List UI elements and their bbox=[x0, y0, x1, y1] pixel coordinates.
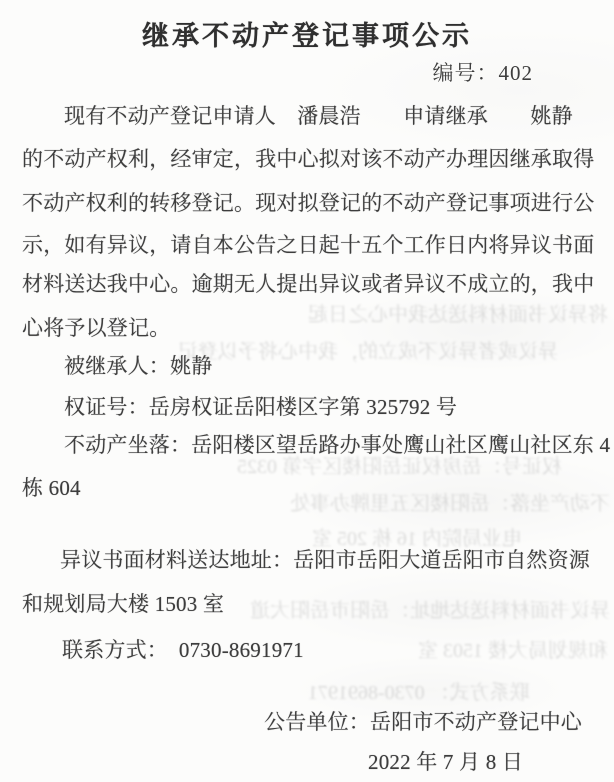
objection-address-line-2: 和规划局大楼 1503 室 bbox=[22, 590, 224, 618]
objection-address-line-1: 异议书面材料送达地址：岳阳市岳阳大道岳阳市自然资源 bbox=[60, 546, 590, 574]
page-title: 继承不动产登记事项公示 bbox=[0, 14, 614, 53]
issue-date-line: 2022 年 7 月 8 日 bbox=[368, 748, 523, 776]
body-line-1: 现有不动产登记申请人 潘晨浩 申请继承 姚静 bbox=[64, 102, 573, 130]
doc-number: 编号：402 bbox=[433, 57, 534, 87]
location-line-1: 不动产坐落：岳阳楼区望岳路办事处鹰山社区鹰山社区东 4 bbox=[64, 431, 610, 459]
location-line-2: 栋 604 bbox=[22, 474, 81, 502]
heir-line: 被继承人：姚静 bbox=[64, 352, 212, 380]
bleedthrough-text: 联系方式： 0730-8691971 bbox=[308, 676, 530, 705]
doc-number-label: 编号： bbox=[433, 61, 499, 85]
issuing-unit-line: 公告单位：岳阳市不动产登记中心 bbox=[264, 708, 582, 736]
body-line-4: 示，如有异议，请自本公告之日起十五个工作日内将异议书面 bbox=[22, 231, 594, 259]
bleedthrough-text: 异议书面材料送达地址：岳阳市岳阳大道 bbox=[250, 594, 610, 623]
bleedthrough-text: 将异议书面材料送达我中心之日起 bbox=[308, 298, 608, 327]
body-line-6: 心将予以登记。 bbox=[22, 314, 170, 342]
bleedthrough-text: 不动产坐落：岳阳楼区五里牌办事处 bbox=[290, 487, 610, 516]
body-line-2: 的不动产权利，经审定，我中心拟对该不动产办理因继承取得 bbox=[22, 145, 594, 173]
body-line-3: 不动产权利的转移登记。现对拟登记的不动产登记事项进行公 bbox=[22, 189, 594, 217]
doc-number-value: 402 bbox=[499, 61, 534, 85]
bleedthrough-text: 和规划局大楼 1503 室 bbox=[418, 634, 608, 663]
body-line-5: 材料送达我中心。逾期无人提出异议或者异议不成立的，我中 bbox=[22, 270, 594, 298]
certificate-line: 权证号：岳房权证岳阳楼区字第 325792 号 bbox=[64, 393, 457, 421]
scanned-notice-document: 继承不动产登记事项公示 编号：402 现有不动产登记申请人 潘晨浩 申请继承 姚… bbox=[0, 0, 614, 782]
bleedthrough-text: 异议或者异议不成立的，我中心将予以登记 bbox=[178, 335, 558, 364]
contact-line: 联系方式： 0730-8691971 bbox=[62, 636, 304, 664]
